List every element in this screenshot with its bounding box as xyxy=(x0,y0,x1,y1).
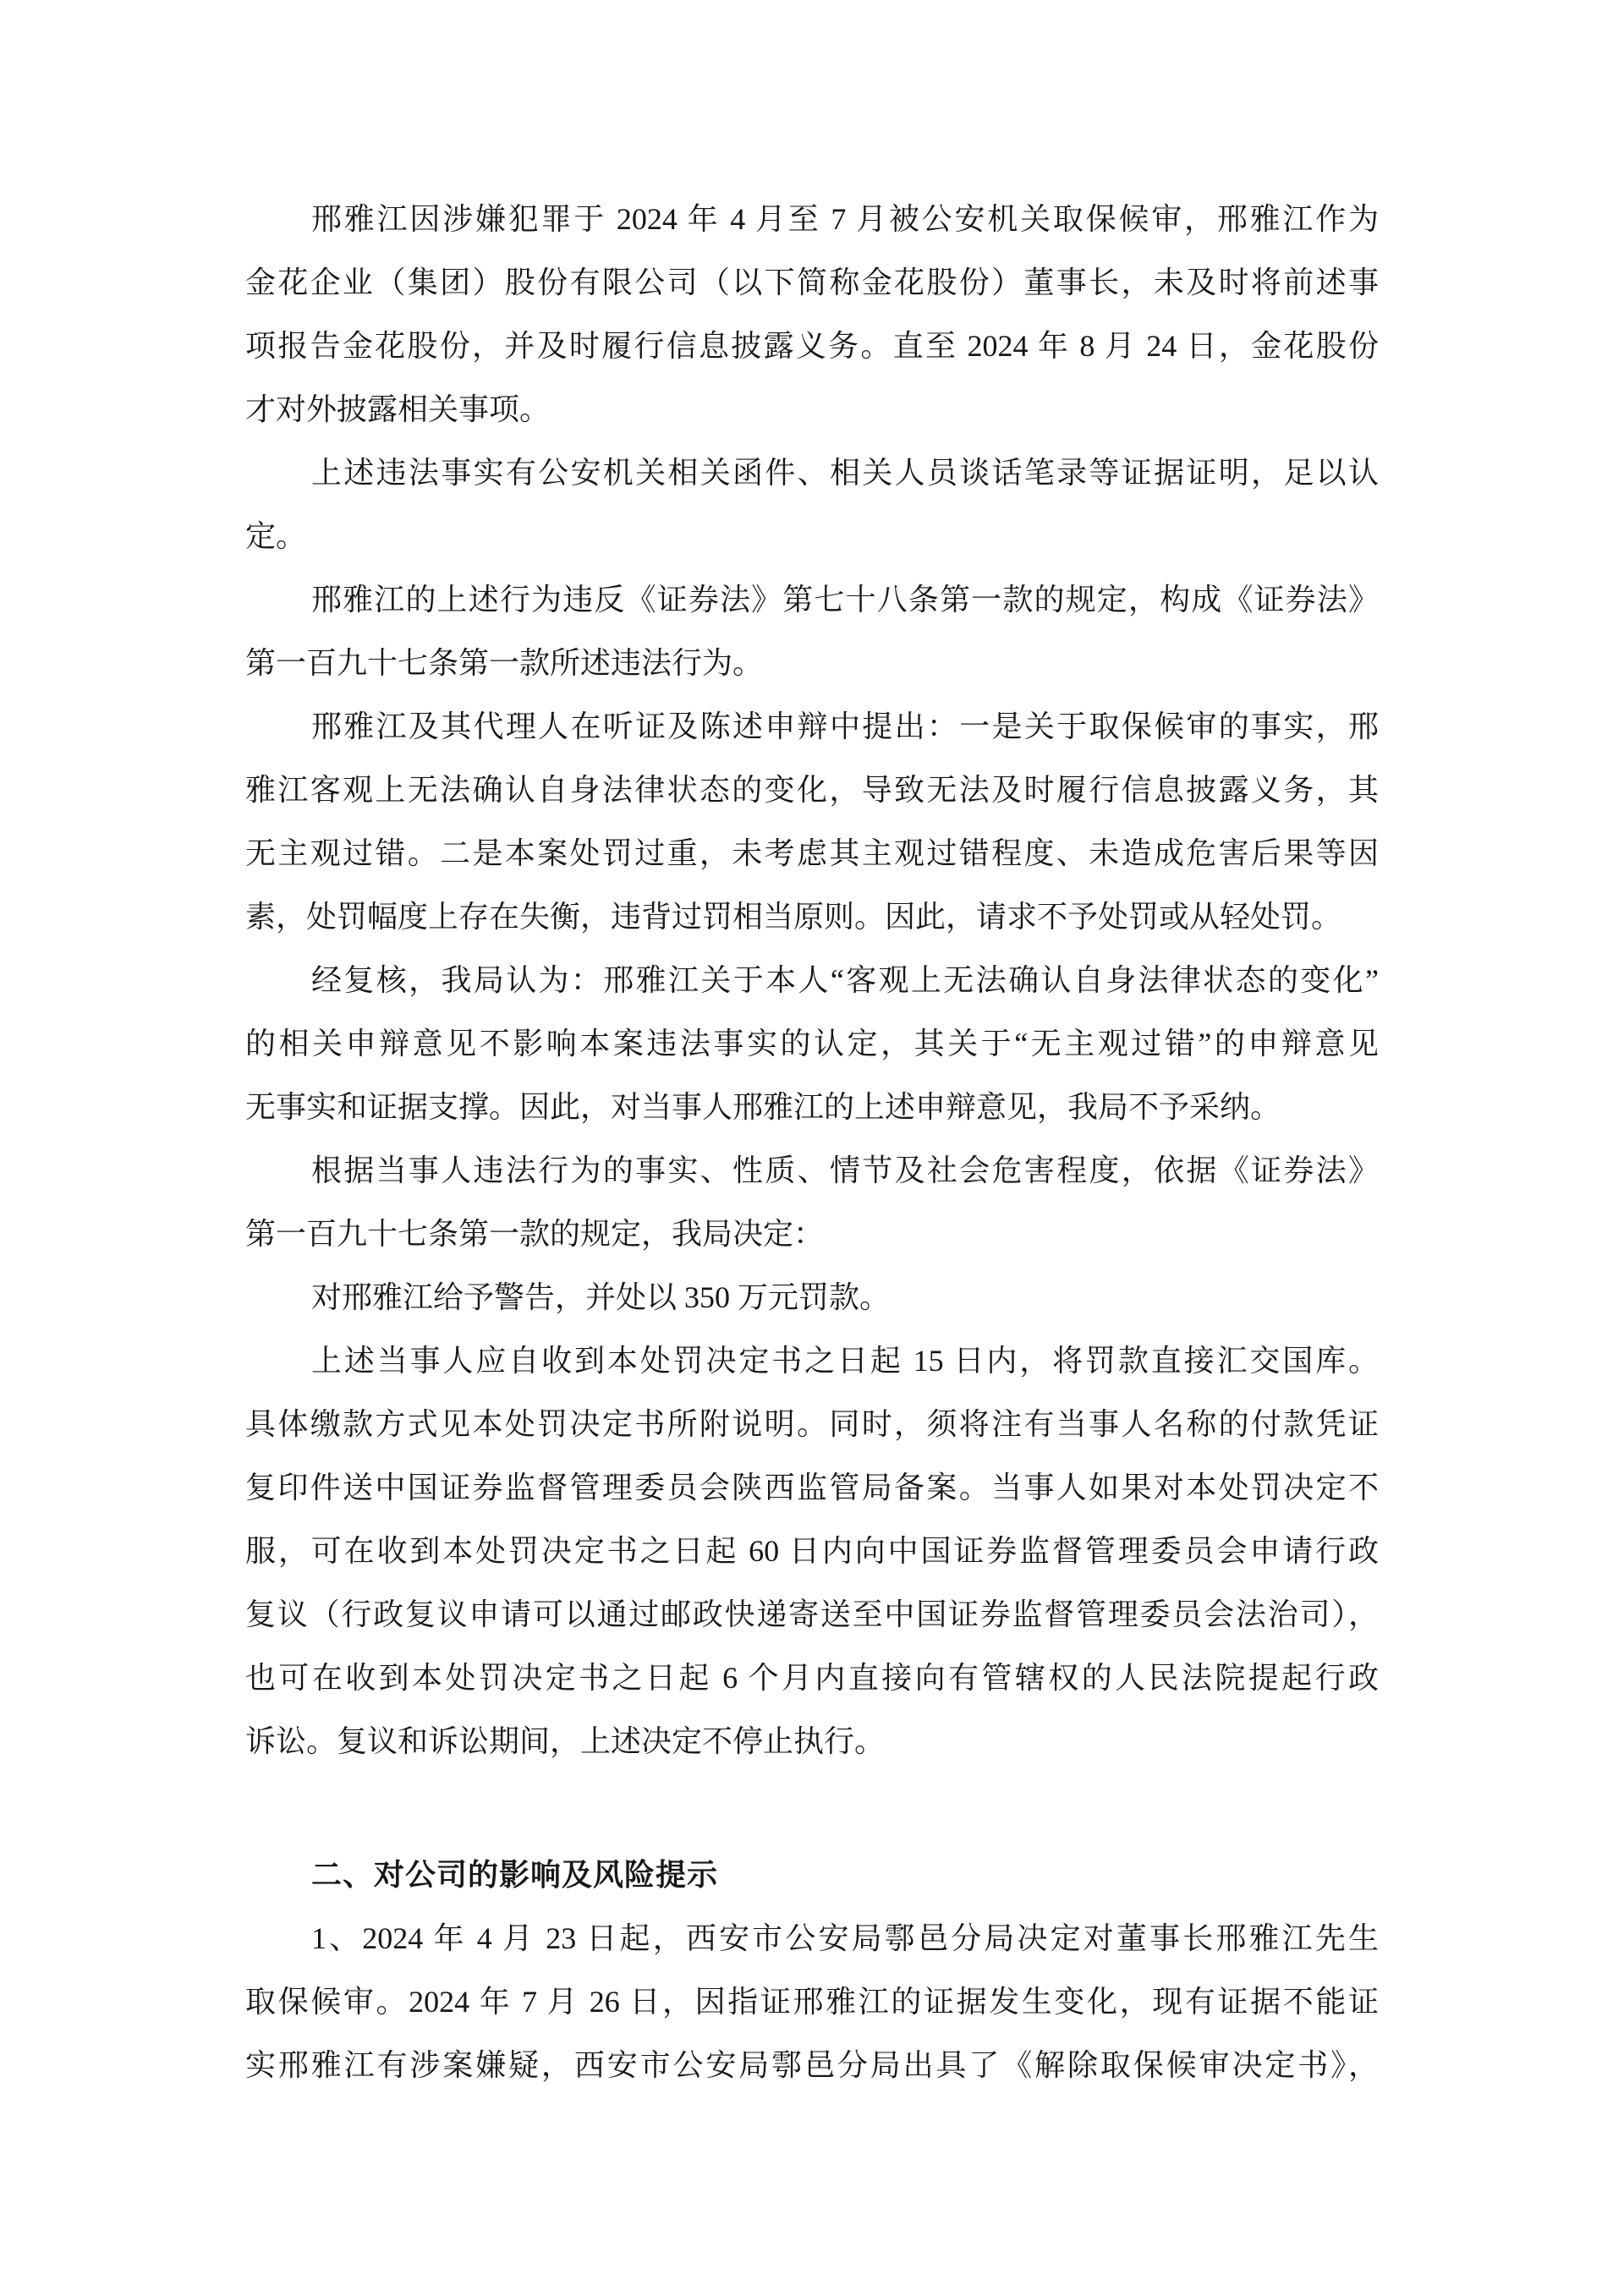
text-line: 取保候审。2024 年 7 月 26 日，因指证邢雅江的证据发生变化，现有证据不… xyxy=(245,1970,1379,2034)
text-line: 素，处罚幅度上存在失衡，违背过罚相当原则。因此，请求不予处罚或从轻处罚。 xyxy=(245,885,1379,949)
text-line: 定。 xyxy=(245,505,1379,568)
text-line: 邢雅江及其代理人在听证及陈述申辩中提出：一是关于取保候审的事实，邢 xyxy=(245,695,1379,759)
text-line: 金花企业（集团）股份有限公司（以下简称金花股份）董事长，未及时将前述事 xyxy=(245,251,1379,315)
text-line: 的相关申辩意见不影响本案违法事实的认定，其关于“无主观过错”的申辩意见 xyxy=(245,1012,1379,1076)
text-line: 服，可在收到本处罚决定书之日起 60 日内向中国证券监督管理委员会申请行政 xyxy=(245,1520,1379,1583)
text-line: 具体缴款方式见本处罚决定书所附说明。同时，须将注有当事人名称的付款凭证 xyxy=(245,1393,1379,1456)
text-line: 上述当事人应自收到本处罚决定书之日起 15 日内，将罚款直接汇交国库。 xyxy=(245,1329,1379,1393)
document-page: 邢雅江因涉嫌犯罪于 2024 年 4 月至 7 月被公安机关取保候审，邢雅江作为… xyxy=(0,0,1624,2296)
text-line: 上述违法事实有公安机关相关函件、相关人员谈话笔录等证据证明，足以认 xyxy=(245,441,1379,505)
text-line: 无事实和证据支撑。因此，对当事人邢雅江的上述申辩意见，我局不予采纳。 xyxy=(245,1076,1379,1139)
text-line: 诉讼。复议和诉讼期间，上述决定不停止执行。 xyxy=(245,1710,1379,1773)
text-line: 无主观过错。二是本案处罚过重，未考虑其主观过错程度、未造成危害后果等因 xyxy=(245,822,1379,885)
text-line: 复印件送中国证券监督管理委员会陕西监管局备案。当事人如果对本处罚决定不 xyxy=(245,1456,1379,1520)
paragraph-spacer xyxy=(245,1773,1379,1844)
section-heading: 二、对公司的影响及风险提示 xyxy=(245,1844,1379,1907)
text-line: 邢雅江因涉嫌犯罪于 2024 年 4 月至 7 月被公安机关取保候审，邢雅江作为 xyxy=(245,188,1379,251)
text-line: 实邢雅江有涉案嫌疑，西安市公安局鄠邑分局出具了《解除取保候审决定书》， xyxy=(245,2034,1379,2097)
text-line: 复议（行政复议申请可以通过邮政快递寄送至中国证券监督管理委员会法治司）， xyxy=(245,1583,1379,1647)
text-line: 对邢雅江给予警告，并处以 350 万元罚款。 xyxy=(245,1266,1379,1329)
text-line: 邢雅江的上述行为违反《证券法》第七十八条第一款的规定，构成《证券法》 xyxy=(245,568,1379,632)
document-text-block: 邢雅江因涉嫌犯罪于 2024 年 4 月至 7 月被公安机关取保候审，邢雅江作为… xyxy=(245,188,1379,2097)
text-line: 雅江客观上无法确认自身法律状态的变化，导致无法及时履行信息披露义务，其 xyxy=(245,759,1379,822)
text-line: 才对外披露相关事项。 xyxy=(245,378,1379,441)
text-line: 1、2024 年 4 月 23 日起，西安市公安局鄠邑分局决定对董事长邢雅江先生 xyxy=(245,1907,1379,1970)
text-line: 项报告金花股份，并及时履行信息披露义务。直至 2024 年 8 月 24 日，金… xyxy=(245,315,1379,378)
text-line: 根据当事人违法行为的事实、性质、情节及社会危害程度，依据《证券法》 xyxy=(245,1139,1379,1203)
text-line: 也可在收到本处罚决定书之日起 6 个月内直接向有管辖权的人民法院提起行政 xyxy=(245,1647,1379,1710)
text-line: 经复核，我局认为：邢雅江关于本人“客观上无法确认自身法律状态的变化” xyxy=(245,949,1379,1012)
text-line: 第一百九十七条第一款所述违法行为。 xyxy=(245,632,1379,695)
text-line: 第一百九十七条第一款的规定，我局决定： xyxy=(245,1203,1379,1266)
